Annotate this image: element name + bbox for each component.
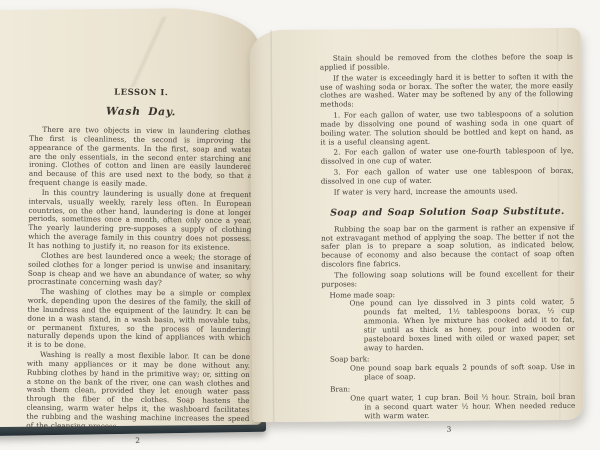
note-line: If water is very hard, increase the amou… xyxy=(321,187,574,198)
recipe-text: One pound soap bark equals 2 pounds of s… xyxy=(364,363,575,382)
paragraph: The washing of clothes may be a simple o… xyxy=(27,288,251,352)
page-number: 3 xyxy=(322,424,575,435)
chapter-title: Wash Day. xyxy=(30,105,253,119)
right-page-text-block: Stain should be removed from the clothes… xyxy=(320,53,576,435)
left-page-text-block: LESSON I. Wash Day. There are two object… xyxy=(26,86,253,446)
numbered-method: 3. For each gallon of water use one tabl… xyxy=(321,167,574,186)
recipe-home-made-soap: Home made soap: One pound can lye dissol… xyxy=(321,289,574,353)
paragraph: Stain should be removed from the clothes… xyxy=(320,53,573,72)
left-page: LESSON I. Wash Day. There are two object… xyxy=(0,8,262,428)
paragraph: If the water is exceedingly hard it is b… xyxy=(320,73,573,110)
paragraph: The following soap solutions will be fou… xyxy=(321,270,574,289)
paragraph: In this country laundering is usually do… xyxy=(28,189,252,253)
right-page: Stain should be removed from the clothes… xyxy=(250,28,584,422)
recipe-text: One pound can lye dissolved in 3 pints c… xyxy=(364,298,575,353)
numbered-method: 1. For each gallon of water, use two tab… xyxy=(320,110,573,147)
paragraph: There are two objects in view in launder… xyxy=(29,126,253,190)
recipe-text: One quart water, 1 cup bran. Boil ½ hour… xyxy=(364,393,575,421)
page-crease xyxy=(270,30,276,422)
recipe-bran: Bran: One quart water, 1 cup bran. Boil … xyxy=(322,384,575,421)
page-crease xyxy=(118,16,179,87)
page-number: 2 xyxy=(26,434,249,445)
paragraph: Rubbing the soap bar on the garment is r… xyxy=(321,224,574,270)
paragraph: Washing is really a most flexible labor.… xyxy=(26,351,250,433)
book-photo: LESSON I. Wash Day. There are two object… xyxy=(0,0,600,450)
recipe-soap-bark: Soap bark: One pound soap bark equals 2 … xyxy=(322,354,575,382)
paragraph: Clothes are best laundered once a week; … xyxy=(28,252,251,290)
lesson-heading: LESSON I. xyxy=(30,86,253,98)
section-heading: Soap and Soap Solution Soap Substitute. xyxy=(321,206,574,219)
numbered-method: 2. For each gallon of water use one-four… xyxy=(320,147,573,166)
